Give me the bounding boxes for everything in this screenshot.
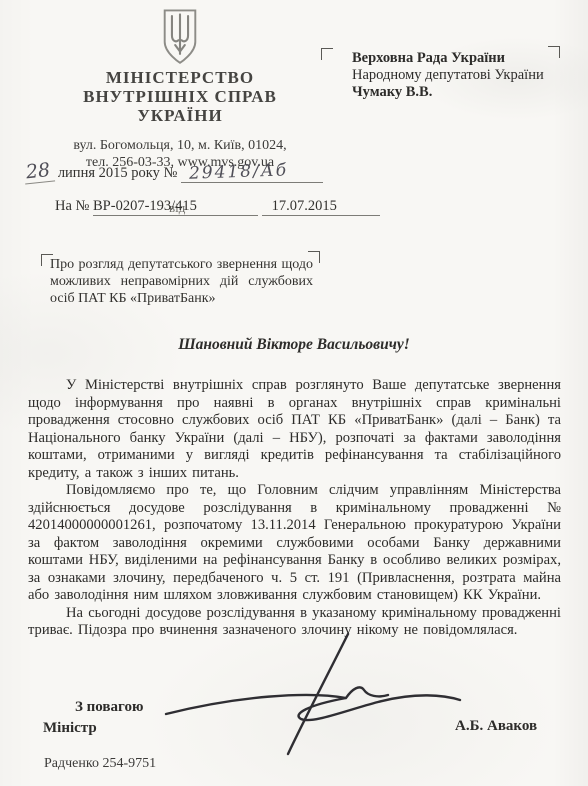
reply-number-field: від ВР-0207-193/415 [93,198,258,216]
handwritten-outgoing-number: 29418/Аб [189,160,289,183]
executor-contact: Радченко 254-9751 [44,756,156,772]
letterhead: МІНІСТЕРСТВО ВНУТРІШНІХ СПРАВ УКРАЇНИ ву… [32,8,328,171]
outgoing-date-line: 28 липня 2015 року № 29418/Аб [24,160,323,183]
org-address-line1: вул. Богомольця, 10, м. Київ, 01024, [32,138,328,155]
reply-label: На № [55,198,89,214]
handwritten-signature [148,628,468,758]
org-name-line: ВНУТРІШНІХ СПРАВ [32,87,328,106]
salutation: Шановний Вікторе Васильовичу! [0,336,588,354]
reply-date-field: 17.07.2015 [262,198,380,216]
letter-body: У Міністерстві внутрішніх справ розгляну… [28,377,561,640]
scanned-letter-page: { "colors": { "paper": "#f8f7f4", "ink":… [0,0,588,786]
recipient-block: Верховна Рада України Народному депутато… [352,50,552,101]
org-name-line: МІНІСТЕРСТВО [32,68,328,87]
recipient-institution: Верховна Рада України [352,50,552,67]
subject-block: Про розгляд депутатського звернення щодо… [50,257,313,307]
recipient-role: Народному депутатові України [352,67,552,84]
number-sign: № [163,165,177,181]
reply-date: 17.07.2015 [272,198,337,214]
org-name-line: УКРАЇНИ [32,106,328,125]
recipient-corner-mark-left [321,48,333,60]
reply-number: ВР-0207-193/415 [93,198,197,214]
reply-reference-line: На № від ВР-0207-193/415 17.07.2015 [55,198,380,216]
outgoing-number-field: 29418/Аб [181,162,323,183]
handwritten-day: 28 [23,158,55,184]
date-label: липня 2015 року [58,165,160,181]
signer-title: Міністр [43,720,97,737]
body-paragraph-2: Повідомляємо про те, що Головним слідчим… [28,482,561,605]
signer-name: А.Б. Аваков [455,718,537,735]
body-paragraph-1: У Міністерстві внутрішніх справ розгляну… [28,377,561,482]
closing-phrase: З повагою [75,699,143,716]
recipient-name: Чумаку В.В. [352,84,552,101]
ukraine-trident-emblem-icon [157,8,203,66]
